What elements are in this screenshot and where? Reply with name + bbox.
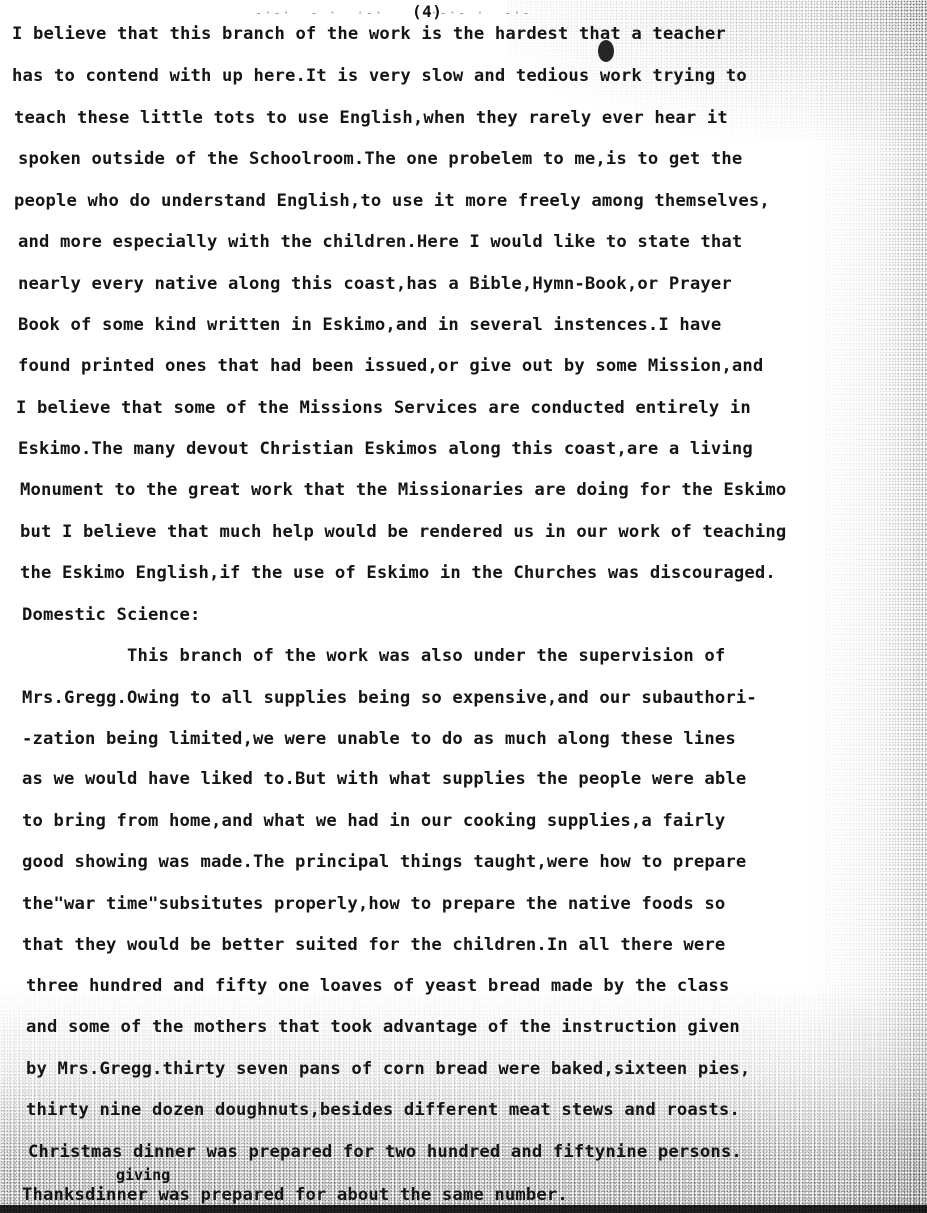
text-line: the Eskimo English,if the use of Eskimo …	[20, 563, 776, 583]
text-line: Monument to the great work that the Miss…	[20, 480, 786, 500]
section-heading: Domestic Science:	[22, 605, 200, 625]
text-line: as we would have liked to.But with what …	[22, 769, 746, 789]
text-line: and some of the mothers that took advant…	[26, 1017, 740, 1037]
scan-noise-right-edge	[807, 0, 927, 1213]
text-line: to bring from home,and what we had in ou…	[22, 811, 725, 831]
text-line: found printed ones that had been issued,…	[18, 356, 763, 376]
text-line: This branch of the work was also under t…	[22, 646, 725, 666]
text-line: people who do understand English,to use …	[14, 191, 770, 211]
bleed-through-text: -·-· - · ·-· ·-·- · -·-	[255, 6, 532, 20]
text-line: has to contend with up here.It is very s…	[12, 66, 747, 86]
scanned-document-page: -·-· - · ·-· ·-·- · -·- (4) I believe th…	[0, 0, 927, 1213]
scan-bottom-edge	[0, 1205, 927, 1213]
text-line: Book of some kind written in Eskimo,and …	[18, 315, 721, 335]
text-line: -zation being limited,we were unable to …	[22, 729, 736, 749]
text-line: Mrs.Gregg.Owing to all supplies being so…	[22, 688, 757, 708]
text-line: that they would be better suited for the…	[22, 935, 725, 955]
text-line: Christmas dinner was prepared for two hu…	[28, 1142, 742, 1162]
page-number: (4)	[412, 2, 442, 21]
text-line: and more especially with the children.He…	[18, 232, 742, 252]
text-line: spoken outside of the Schoolroom.The one…	[18, 149, 742, 169]
handwritten-insertion: giving	[116, 1166, 170, 1184]
text-line: thirty nine dozen doughnuts,besides diff…	[26, 1100, 740, 1120]
text-line: good showing was made.The principal thin…	[22, 852, 746, 872]
text-line: nearly every native along this coast,has…	[18, 274, 732, 294]
text-line: the"war time"subsitutes properly,how to …	[22, 894, 725, 914]
text-line: I believe that some of the Missions Serv…	[16, 398, 751, 418]
text-line: Thanksdinner was prepared for about the …	[22, 1185, 568, 1205]
text-line: but I believe that much help would be re…	[20, 522, 786, 542]
text-line: three hundred and fifty one loaves of ye…	[26, 976, 729, 996]
text-line: Eskimo.The many devout Christian Eskimos…	[18, 439, 753, 459]
text-line: by Mrs.Gregg.thirty seven pans of corn b…	[26, 1059, 750, 1079]
text-line: I believe that this branch of the work i…	[12, 24, 726, 44]
text-line: teach these little tots to use English,w…	[14, 108, 728, 128]
